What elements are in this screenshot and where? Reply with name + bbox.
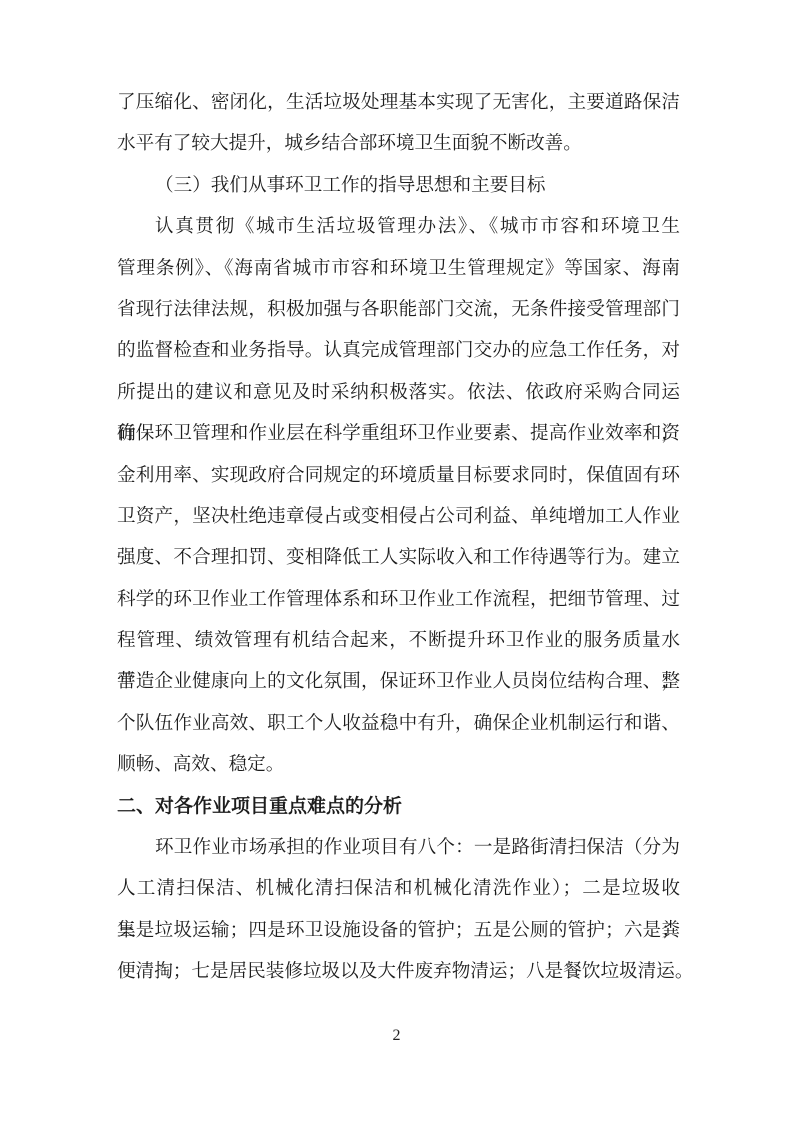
text-block: 了压缩化、密闭化，生活垃圾处理基本实现了无害化，主要道路保洁 水平有了较大提升，… bbox=[117, 82, 680, 993]
text-line: 顺畅、高效、稳定。 bbox=[117, 744, 680, 785]
text-line: 便清掏；七是居民装修垃圾以及大件废弃物清运；八是餐饮垃圾清运。 bbox=[117, 951, 680, 992]
text-line: 所提出的建议和意见及时采纳积极落实。依法、依政府采购合同运行， bbox=[117, 372, 680, 413]
text-line: 金利用率、实现政府合同规定的环境质量目标要求同时，保值固有环 bbox=[117, 455, 680, 496]
document-page: 了压缩化、密闭化，生活垃圾处理基本实现了无害化，主要道路保洁 水平有了较大提升，… bbox=[0, 0, 793, 1122]
text-line: 水平有了较大提升，城乡结合部环境卫生面貌不断改善。 bbox=[117, 123, 680, 164]
section-heading: 二、对各作业项目重点难点的分析 bbox=[117, 786, 680, 827]
text-line: 个队伍作业高效、职工个人收益稳中有升，确保企业机制运行和谐、 bbox=[117, 703, 680, 744]
text-line: 程管理、绩效管理有机结合起来，不断提升环卫作业的服务质量水平， bbox=[117, 620, 680, 661]
text-line: 卫资产，坚决杜绝违章侵占或变相侵占公司利益、单纯增加工人作业 bbox=[117, 496, 680, 537]
page-number: 2 bbox=[0, 1026, 793, 1046]
subsection-heading: （三）我们从事环卫工作的指导思想和主要目标 bbox=[117, 165, 680, 206]
text-line: 环卫作业市场承担的作业项目有八个：一是路街清扫保洁（分为 bbox=[117, 827, 680, 868]
text-line: 强度、不合理扣罚、变相降低工人实际收入和工作待遇等行为。建立 bbox=[117, 537, 680, 578]
text-line: 确保环卫管理和作业层在科学重组环卫作业要素、提高作业效率和资 bbox=[117, 413, 680, 454]
text-line: 三是垃圾运输；四是环卫设施设备的管护；五是公厕的管护；六是粪 bbox=[117, 910, 680, 951]
text-line: 省现行法律法规，积极加强与各职能部门交流，无条件接受管理部门 bbox=[117, 289, 680, 330]
text-line: 认真贯彻《城市生活垃圾管理办法》、《城市市容和环境卫生 bbox=[117, 206, 680, 247]
text-line: 的监督检查和业务指导。认真完成管理部门交办的应急工作任务，对 bbox=[117, 330, 680, 371]
text-line: 了压缩化、密闭化，生活垃圾处理基本实现了无害化，主要道路保洁 bbox=[117, 82, 680, 123]
text-line: 科学的环卫作业工作管理体系和环卫作业工作流程，把细节管理、过 bbox=[117, 579, 680, 620]
text-line: 营造企业健康向上的文化氛围，保证环卫作业人员岗位结构合理、整 bbox=[117, 661, 680, 702]
text-line: 人工清扫保洁、机械化清扫保洁和机械化清洗作业）；二是垃圾收集； bbox=[117, 868, 680, 909]
text-line: 管理条例》、《海南省城市市容和环境卫生管理规定》等国家、海南 bbox=[117, 248, 680, 289]
